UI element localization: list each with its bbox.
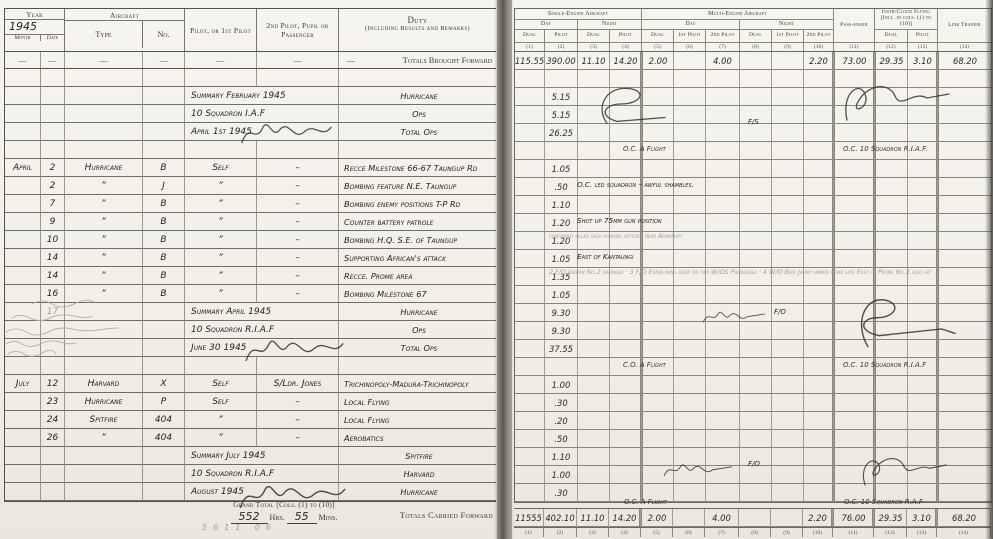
pilot-cell bbox=[185, 357, 257, 375]
log-row: .50 bbox=[515, 430, 992, 448]
month-cell bbox=[5, 447, 41, 465]
hours-cell bbox=[610, 376, 642, 394]
aircraft-label: Aircraft bbox=[65, 9, 184, 20]
second-pilot-cell bbox=[257, 357, 339, 375]
passenger-header: Pass-enger bbox=[834, 9, 875, 43]
log-row: 9.30 bbox=[515, 304, 992, 322]
pilot-column-header: Pilot, or 1st Pilot bbox=[185, 9, 257, 51]
pilot-cell: ” bbox=[185, 249, 257, 267]
duty-cell: Local Flying bbox=[339, 393, 496, 411]
hours-cell bbox=[804, 286, 834, 304]
type-cell: ” bbox=[65, 213, 143, 231]
pilot-cell: Self bbox=[185, 375, 257, 393]
hours-cell bbox=[706, 250, 740, 268]
hours-cell: 1.05 bbox=[545, 160, 578, 178]
date-cell bbox=[41, 447, 65, 465]
month-cell bbox=[5, 177, 41, 195]
duty-cell: Total Ops bbox=[339, 339, 496, 357]
hours-cell bbox=[578, 394, 610, 412]
hours-cell bbox=[610, 304, 642, 322]
type-label: Type bbox=[65, 21, 143, 48]
hours-cell bbox=[936, 304, 992, 322]
summary-span-cell: June 30 1945 bbox=[185, 339, 339, 357]
type-cell: Spitfire bbox=[65, 411, 143, 429]
hours-cell bbox=[640, 70, 674, 88]
hours-cell: 9.30 bbox=[545, 322, 578, 340]
duty-cell: Recce. Prome area bbox=[339, 267, 496, 285]
sub-header-2nd-pilot: 2nd Pilot bbox=[804, 30, 834, 43]
column-number-bottom: (4) bbox=[609, 528, 641, 537]
hours-cell bbox=[578, 448, 610, 466]
hours-cell bbox=[740, 142, 772, 160]
type-cell: Hurricane bbox=[65, 393, 143, 411]
hours-cell bbox=[936, 142, 992, 160]
pilot-cell: ” bbox=[185, 411, 257, 429]
hours-cell bbox=[772, 448, 804, 466]
aircraft-no-cell bbox=[143, 123, 185, 141]
summary-span-cell: Summary April 1945 bbox=[185, 303, 339, 321]
hours-cell: 1.05 bbox=[545, 250, 578, 268]
month-cell bbox=[5, 321, 41, 339]
hours-cell bbox=[515, 232, 545, 250]
remark-note: Shot up 75mm gun position bbox=[577, 216, 662, 225]
log-row: 10 Squadron R.I.A.FOps bbox=[5, 321, 496, 339]
month-cell bbox=[5, 213, 41, 231]
grand-total-minutes: 55 bbox=[287, 510, 317, 524]
hours-cell bbox=[706, 214, 740, 232]
column-number-top: (9) bbox=[772, 43, 804, 51]
column-number-bottom: (5) bbox=[641, 528, 673, 537]
type-cell bbox=[65, 357, 143, 375]
type-cell bbox=[65, 465, 143, 483]
summary-span-cell: Summary July 1945 bbox=[185, 447, 339, 465]
hours-cell bbox=[936, 178, 992, 196]
hours-cell bbox=[739, 509, 771, 527]
duty-cell: Hurricane bbox=[339, 87, 496, 105]
date-cell bbox=[41, 465, 65, 483]
hours-cell bbox=[832, 394, 875, 412]
hours-cell bbox=[578, 142, 610, 160]
aircraft-no-cell bbox=[143, 105, 185, 123]
hours-cell: 1.00 bbox=[545, 466, 578, 484]
month-cell bbox=[5, 357, 41, 375]
duty-column-header: Duty (Including Results and Remarks) bbox=[339, 9, 496, 51]
remark-note: O.C. led squadron – awful shambles. bbox=[577, 180, 694, 189]
second-pilot-cell bbox=[257, 69, 339, 87]
aircraft-no-cell: B bbox=[143, 213, 185, 231]
log-row: April2HurricaneBSelf–Recce Milestone 66-… bbox=[5, 159, 496, 177]
hours-cell bbox=[908, 250, 938, 268]
hours-cell bbox=[908, 124, 938, 142]
duty-cell: Trichinopoly-Madura-Trichinopoly bbox=[339, 375, 496, 393]
hours-cell bbox=[674, 340, 706, 358]
duty-cell: Ops bbox=[339, 105, 496, 123]
hours-cell bbox=[908, 106, 938, 124]
pencil-remark-note: 2 F/O Jordan No.2 damaged · 3 F/O Evans … bbox=[549, 269, 979, 276]
hours-cell bbox=[908, 430, 938, 448]
hours-cell bbox=[908, 70, 938, 88]
date-cell: 23 bbox=[41, 393, 65, 411]
hours-cell bbox=[740, 160, 772, 178]
hours-cell bbox=[772, 340, 804, 358]
duty-cell bbox=[339, 357, 496, 375]
hours-cell bbox=[908, 448, 938, 466]
pilot-cell: ” bbox=[185, 285, 257, 303]
hours-cell bbox=[936, 286, 992, 304]
hours-cell bbox=[936, 88, 992, 106]
hours-cell bbox=[832, 448, 875, 466]
hours-cell bbox=[873, 466, 908, 484]
flight-co-caption: C.O. A Flight bbox=[623, 361, 666, 369]
type-cell bbox=[65, 321, 143, 339]
se-day-header: Day bbox=[515, 20, 578, 30]
pilot-cell: Self bbox=[185, 159, 257, 177]
log-row bbox=[515, 70, 992, 88]
hours-cell bbox=[515, 466, 545, 484]
left-table-footer: Grand Total [Cols. (1) to (10)] 552 Hrs.… bbox=[4, 498, 495, 532]
hours-cell bbox=[740, 430, 772, 448]
duty-cell bbox=[339, 69, 496, 87]
hours-cell bbox=[772, 322, 804, 340]
log-row: 1.10 bbox=[515, 196, 992, 214]
hours-cell bbox=[740, 304, 772, 322]
hours-cell bbox=[908, 322, 938, 340]
hours-cell bbox=[674, 376, 706, 394]
squadron-oc-caption: O.C. 10 Squadron R.I.A.F bbox=[843, 361, 926, 369]
hours-cell bbox=[908, 394, 938, 412]
year-label: Year bbox=[5, 9, 64, 20]
second-pilot-cell: – bbox=[257, 267, 339, 285]
log-row: O.C. A FlightO.C. 10 Squadron R.I.A.F. bbox=[515, 142, 992, 160]
hours-cell bbox=[740, 124, 772, 142]
hours-cell bbox=[936, 430, 992, 448]
hours-cell bbox=[578, 376, 610, 394]
hours-cell bbox=[706, 286, 740, 304]
bf-duty-cell: — Totals Brought Forward bbox=[339, 52, 496, 68]
month-cell bbox=[5, 285, 41, 303]
hours-cell bbox=[936, 412, 992, 430]
grand-total-block: Grand Total [Cols. (1) to (10)] 552 Hrs.… bbox=[184, 500, 384, 532]
duty-cell: Local Flying bbox=[339, 411, 496, 429]
duty-cell: Bombing Milestone 67 bbox=[339, 285, 496, 303]
hours-cell bbox=[578, 340, 610, 358]
date-cell: 17 bbox=[41, 303, 65, 321]
hours-cell bbox=[873, 250, 908, 268]
hours-cell bbox=[804, 70, 834, 88]
duty-cell: Hurricane bbox=[339, 303, 496, 321]
log-row: 1.00 bbox=[515, 466, 992, 484]
hours-cell bbox=[610, 88, 642, 106]
hours-cell bbox=[545, 358, 578, 376]
hours-cell bbox=[873, 322, 908, 340]
sub-header-2nd-pilot: 2nd Pilot bbox=[706, 30, 740, 43]
hours-cell: 2.20 bbox=[803, 509, 833, 527]
hours-cell bbox=[804, 214, 834, 232]
grand-total-label: Grand Total [Cols. (1) to (10)] bbox=[184, 500, 384, 509]
month-cell bbox=[5, 195, 41, 213]
second-pilot-cell: – bbox=[257, 213, 339, 231]
date-label: Date bbox=[41, 35, 64, 41]
hours-cell bbox=[706, 340, 740, 358]
date-cell: 24 bbox=[41, 411, 65, 429]
hours-cell: 26.25 bbox=[545, 124, 578, 142]
right-table-header: Single-Engine Aircraft Multi-Engine Airc… bbox=[515, 9, 992, 52]
log-row: 26”404”–Aerobatics bbox=[5, 429, 496, 447]
hours-cell bbox=[740, 52, 772, 70]
column-number-top: (4) bbox=[610, 43, 642, 51]
sub-header-dual: Dual bbox=[740, 30, 772, 43]
aircraft-no-cell: B bbox=[143, 159, 185, 177]
hours-cell bbox=[515, 160, 545, 178]
log-row: 10 Squadron I.A.FOps bbox=[5, 105, 496, 123]
hours-cell bbox=[832, 88, 875, 106]
sub-header-dual: Dual bbox=[875, 30, 908, 43]
hours-cell bbox=[772, 88, 804, 106]
log-row: 10 Squadron R.I.A.FHarvard bbox=[5, 465, 496, 483]
right-log-table: Single-Engine Aircraft Multi-Engine Airc… bbox=[514, 8, 992, 503]
hours-cell bbox=[674, 448, 706, 466]
hours-cell bbox=[873, 286, 908, 304]
hours-cell bbox=[640, 448, 674, 466]
right-table-footer: O.C. A Flight O.C. 10 Squadron R.A.F 115… bbox=[514, 498, 991, 537]
second-pilot-column-header: 2nd Pilot, Pupil or Passenger bbox=[257, 9, 339, 51]
hours-cell bbox=[674, 412, 706, 430]
hours-cell: 1.20 bbox=[545, 214, 578, 232]
hours-cell bbox=[873, 214, 908, 232]
type-cell: ” bbox=[65, 231, 143, 249]
hours-cell bbox=[772, 250, 804, 268]
hours-cell bbox=[873, 412, 908, 430]
hours-cell bbox=[936, 322, 992, 340]
year-column-header: Year 1945 Month Date bbox=[5, 9, 65, 51]
date-cell: 14 bbox=[41, 249, 65, 267]
me-night-header: Night bbox=[740, 20, 834, 30]
bf-dash: — bbox=[5, 52, 41, 68]
hours-cell: 2.00 bbox=[639, 509, 673, 527]
hours-cell bbox=[640, 106, 674, 124]
hours-cell bbox=[908, 412, 938, 430]
single-engine-header: Single-Engine Aircraft bbox=[515, 9, 642, 20]
month-cell bbox=[5, 87, 41, 105]
type-cell bbox=[65, 69, 143, 87]
aircraft-no-cell bbox=[143, 339, 185, 357]
hours-cell bbox=[832, 376, 875, 394]
hours-cell bbox=[515, 304, 545, 322]
column-number-top: (8) bbox=[740, 43, 772, 51]
hours-cell bbox=[515, 250, 545, 268]
hours-cell bbox=[804, 124, 834, 142]
log-row: 9.30 bbox=[515, 322, 992, 340]
hours-cell bbox=[706, 124, 740, 142]
pilot-cell: ” bbox=[185, 177, 257, 195]
hours-cell bbox=[936, 214, 992, 232]
hours-cell bbox=[610, 340, 642, 358]
hours-cell bbox=[873, 88, 908, 106]
hours-cell: 402.10 bbox=[544, 509, 577, 527]
sub-header-dual: Dual bbox=[642, 30, 674, 43]
pilot-cell bbox=[185, 69, 257, 87]
grand-total-values: 552 Hrs. 55 Mins. bbox=[184, 510, 384, 523]
second-pilot-cell: – bbox=[257, 411, 339, 429]
hours-cell: 2.00 bbox=[640, 52, 674, 70]
hours-cell bbox=[804, 142, 834, 160]
hours-cell bbox=[515, 268, 545, 286]
hours-cell bbox=[578, 70, 610, 88]
hours-cell bbox=[936, 466, 992, 484]
pilot-cell: ” bbox=[185, 231, 257, 249]
month-cell bbox=[5, 231, 41, 249]
hours-cell: .50 bbox=[545, 178, 578, 196]
aircraft-no-cell bbox=[143, 447, 185, 465]
hours-cell bbox=[804, 466, 834, 484]
hours-cell bbox=[640, 88, 674, 106]
hours-cell bbox=[740, 196, 772, 214]
hours-cell: 37.55 bbox=[545, 340, 578, 358]
hours-cell bbox=[578, 106, 610, 124]
hours-cell bbox=[674, 106, 706, 124]
hours-cell bbox=[706, 304, 740, 322]
hours-cell bbox=[515, 448, 545, 466]
date-cell bbox=[41, 357, 65, 375]
hours-cell bbox=[832, 160, 875, 178]
month-cell bbox=[5, 429, 41, 447]
column-number-bottom: (7) bbox=[705, 528, 739, 537]
hours-cell bbox=[706, 448, 740, 466]
month-label: Month bbox=[5, 35, 41, 41]
hours-cell bbox=[804, 340, 834, 358]
hours-cell bbox=[740, 250, 772, 268]
summary-span-cell: 10 Squadron R.I.A.F bbox=[185, 321, 339, 339]
hours-cell bbox=[832, 304, 875, 322]
date-cell: 10 bbox=[41, 231, 65, 249]
hours-cell bbox=[706, 394, 740, 412]
hours-cell bbox=[804, 196, 834, 214]
hours-cell bbox=[640, 412, 674, 430]
hours-cell bbox=[674, 466, 706, 484]
hours-cell bbox=[640, 286, 674, 304]
date-cell bbox=[41, 123, 65, 141]
hours-cell bbox=[804, 376, 834, 394]
hours-cell: 115.55 bbox=[515, 52, 545, 70]
type-cell bbox=[65, 105, 143, 123]
hours-cell bbox=[706, 430, 740, 448]
bf-dash: — bbox=[257, 52, 339, 68]
hours-cell: 1.05 bbox=[545, 286, 578, 304]
hours-cell bbox=[515, 358, 545, 376]
bf-dash: — bbox=[65, 52, 143, 68]
hours-cell bbox=[674, 394, 706, 412]
hours-cell bbox=[908, 304, 938, 322]
summary-span-cell: 10 Squadron I.A.F bbox=[185, 105, 339, 123]
bf-dash: — bbox=[185, 52, 257, 68]
hours-cell bbox=[674, 304, 706, 322]
hours-cell bbox=[740, 88, 772, 106]
month-cell bbox=[5, 411, 41, 429]
log-row bbox=[5, 69, 496, 87]
type-cell bbox=[65, 339, 143, 357]
log-row: 7”B”–Bombing enemy positions T-P Rd bbox=[5, 195, 496, 213]
column-number-top: (3) bbox=[578, 43, 610, 51]
type-cell bbox=[65, 141, 143, 159]
hours-cell bbox=[674, 250, 706, 268]
aircraft-no-cell bbox=[143, 69, 185, 87]
hours-cell bbox=[740, 286, 772, 304]
hours-cell bbox=[610, 412, 642, 430]
date-cell: 14 bbox=[41, 267, 65, 285]
hours-cell bbox=[908, 160, 938, 178]
right-totals-brought-forward-row: 115.55390.0011.1014.202.004.002.2073.002… bbox=[515, 52, 992, 70]
log-row: .50O.C. led squadron – awful shambles. bbox=[515, 178, 992, 196]
aircraft-no-cell bbox=[143, 357, 185, 375]
hours-cell bbox=[740, 214, 772, 232]
hours-cell bbox=[832, 124, 875, 142]
hours-cell: 73.00 bbox=[832, 52, 875, 70]
hours-cell bbox=[772, 70, 804, 88]
hours-cell bbox=[610, 286, 642, 304]
aircraft-column-header: Aircraft Type No. bbox=[65, 9, 185, 51]
hours-cell: 11.10 bbox=[577, 509, 609, 527]
log-row: 26.25 bbox=[515, 124, 992, 142]
hours-cell bbox=[873, 430, 908, 448]
hours-cell bbox=[804, 160, 834, 178]
column-number-bottom: (12) bbox=[874, 528, 907, 537]
sub-header-pilot: Pilot bbox=[545, 30, 578, 43]
hours-cell: .20 bbox=[545, 412, 578, 430]
pilot-cell: ” bbox=[185, 429, 257, 447]
type-cell: ” bbox=[65, 285, 143, 303]
type-cell: ” bbox=[65, 429, 143, 447]
column-number-bottom: (6) bbox=[673, 528, 705, 537]
hours-cell bbox=[740, 340, 772, 358]
duty-label: Duty bbox=[339, 9, 496, 25]
footer-caption-left: O.C. A Flight bbox=[624, 498, 667, 506]
totals-brought-forward-row: — — — — — — — Totals Brought Forward bbox=[5, 52, 496, 69]
log-row: 14”B”–Recce. Prome area bbox=[5, 267, 496, 285]
month-cell: July bbox=[5, 375, 41, 393]
hours-cell bbox=[772, 286, 804, 304]
hours-cell bbox=[674, 124, 706, 142]
log-row bbox=[5, 357, 496, 375]
hours-cell bbox=[832, 196, 875, 214]
log-row: 2”J”–Bombing feature N.E. Taungup bbox=[5, 177, 496, 195]
hours-cell bbox=[873, 448, 908, 466]
hours-cell bbox=[772, 358, 804, 376]
month-cell bbox=[5, 267, 41, 285]
signature-rank-label-1: F/S bbox=[748, 118, 759, 126]
page-torn-edge bbox=[985, 0, 993, 539]
hours-cell bbox=[908, 340, 938, 358]
hours-cell bbox=[804, 358, 834, 376]
log-row bbox=[5, 141, 496, 159]
date-cell bbox=[41, 141, 65, 159]
hours-cell bbox=[674, 286, 706, 304]
year-value: 1945 bbox=[5, 20, 64, 35]
hours-cell bbox=[740, 466, 772, 484]
hours-cell bbox=[873, 376, 908, 394]
hours-cell bbox=[578, 88, 610, 106]
logbook-right-page: Single-Engine Aircraft Multi-Engine Airc… bbox=[512, 0, 993, 539]
hours-cell bbox=[578, 322, 610, 340]
hours-cell bbox=[832, 430, 875, 448]
hours-cell bbox=[908, 214, 938, 232]
hours-cell: 1.10 bbox=[545, 196, 578, 214]
bf-dash: — bbox=[143, 52, 185, 68]
column-number-top: (11) bbox=[834, 43, 875, 51]
mins-label: Mins. bbox=[319, 513, 338, 522]
log-row: 1.20confirmed killed high ranking office… bbox=[515, 232, 992, 250]
month-cell bbox=[5, 465, 41, 483]
hours-cell bbox=[832, 70, 875, 88]
